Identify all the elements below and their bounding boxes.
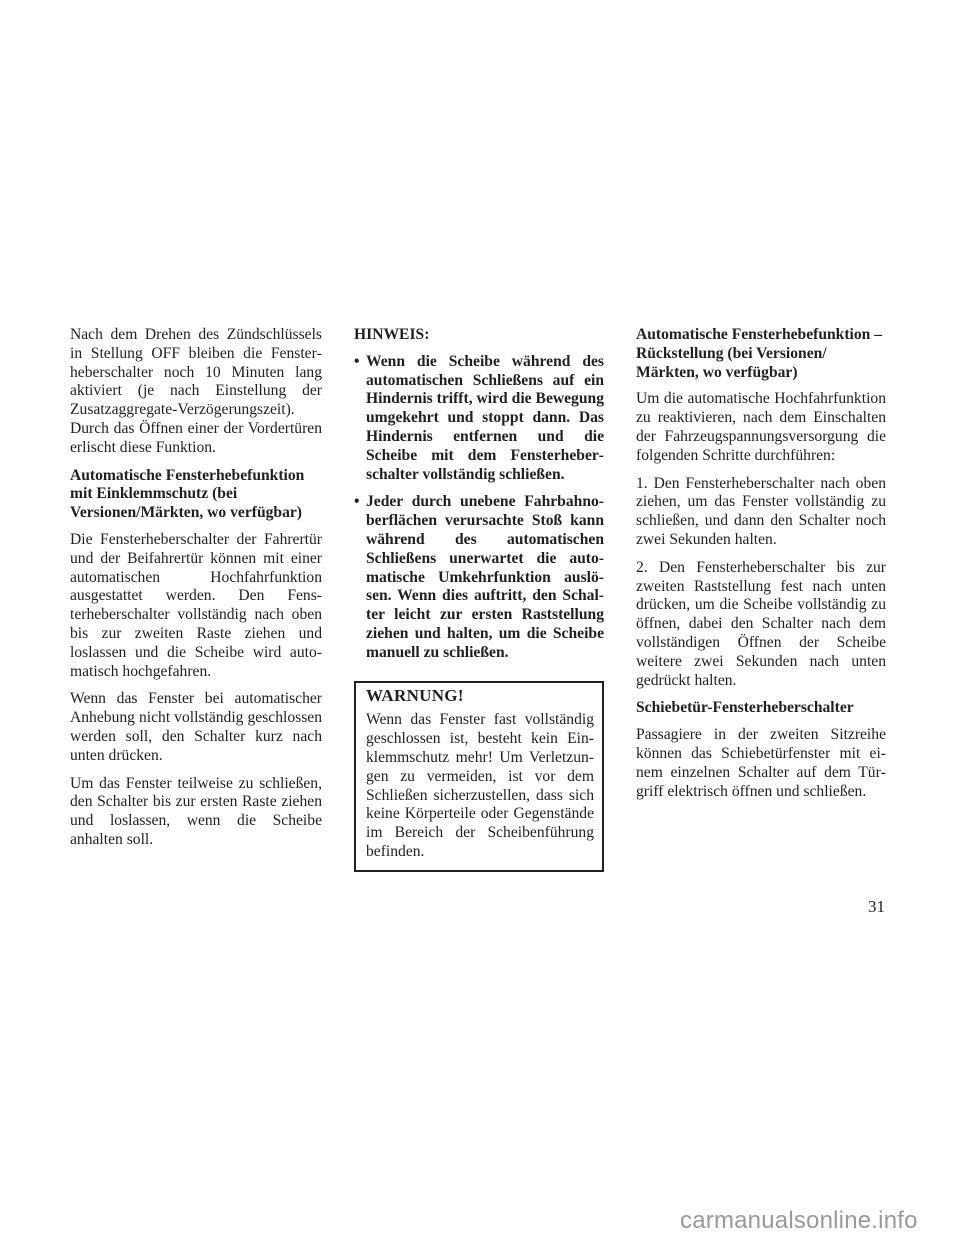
bullet-icon: • [354, 493, 359, 512]
sliding-door-text: Passagiere in der zweiten Sitzreihe könn… [636, 726, 886, 801]
reset-intro: Um die automatische Hochfahrfunk­tion zu… [636, 390, 886, 465]
left-column: Nach dem Drehen des Zündschlüssels in St… [70, 326, 322, 859]
section-heading-reset: Automatische Fensterhebefunktion – Rücks… [636, 326, 886, 382]
note-bullet-list: • Wenn die Scheibe während des automatis… [354, 353, 604, 663]
body-paragraph: Wenn das Fenster bei automatischer Anheb… [70, 690, 322, 765]
middle-column: HINWEIS: • Wenn die Scheibe während des … [354, 326, 604, 872]
body-paragraph: Um das Fenster teilweise zu schlie­ßen, … [70, 775, 322, 850]
note-bullet-item: • Jeder durch unebene Fahrbahno­berfläch… [354, 493, 604, 662]
intro-paragraph: Nach dem Drehen des Zündschlüssels in St… [70, 326, 322, 458]
watermark: carmanualsonline.info [680, 1207, 918, 1235]
section-heading-auto-window: Automatische Fensterhebefunktion mit Ein… [70, 467, 322, 523]
bullet-icon: • [354, 353, 359, 372]
note-bullet-item: • Wenn die Scheibe während des automatis… [354, 353, 604, 485]
note-title: HINWEIS: [354, 326, 604, 345]
note-bullet-text: Jeder durch unebene Fahrbahno­berflächen… [366, 493, 604, 660]
page-number: 31 [868, 897, 885, 917]
right-column: Automatische Fensterhebefunktion – Rücks… [636, 326, 886, 810]
warning-box: WARNUNG! Wenn das Fenster fast vollständ… [354, 681, 604, 872]
reset-step-1: 1. Den Fensterheberschalter nach oben zi… [636, 475, 886, 550]
body-paragraph: Die Fensterheberschalter der Fahrer­tür … [70, 531, 322, 681]
warning-text: Wenn das Fenster fast vollständig geschl… [366, 711, 594, 861]
reset-step-2: 2. Den Fensterheberschalter bis zur zwei… [636, 559, 886, 691]
section-heading-sliding-door: Schiebetür-Fensterheberschalter [636, 699, 886, 718]
note-bullet-text: Wenn die Scheibe während des automatisch… [366, 353, 604, 483]
warning-title: WARNUNG! [366, 687, 594, 706]
